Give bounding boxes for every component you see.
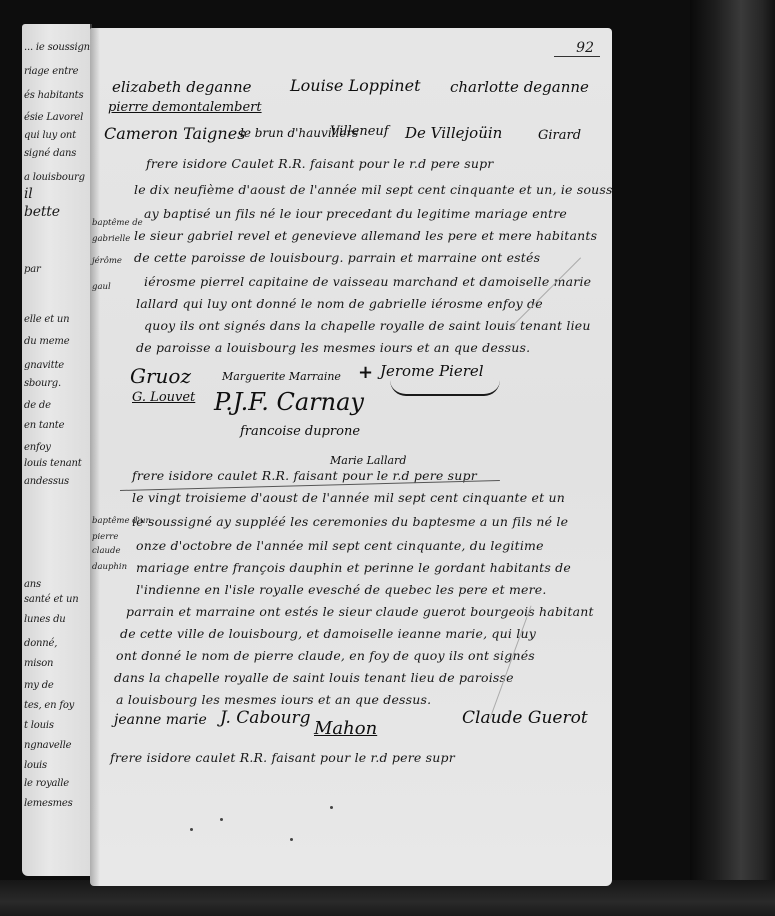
- margin-note: claude: [92, 546, 121, 556]
- ink-speck: [330, 806, 333, 809]
- left-fragment: signé dans: [24, 148, 76, 159]
- scan-edge-right: [690, 0, 775, 916]
- left-fragment: par: [24, 264, 41, 275]
- signature: jeanne marie: [114, 712, 207, 728]
- left-fragment: ... ie soussigne: [24, 42, 92, 53]
- register-page: 92 elizabeth deganne Louise Loppinet cha…: [90, 28, 612, 886]
- signature: Mahon: [314, 718, 377, 739]
- ink-speck: [190, 828, 193, 831]
- left-fragment: de de: [24, 400, 51, 411]
- left-fragment: il: [24, 186, 33, 202]
- left-fragment: sbourg.: [24, 378, 61, 389]
- margin-note: pierre: [92, 532, 118, 542]
- entry-line: ie soussigné ay suppléé les ceremonies d…: [132, 514, 568, 529]
- entry-line: le sieur gabriel revel et genevieve alle…: [134, 228, 597, 243]
- signature: De Villejoüin: [405, 124, 502, 142]
- left-fragment: ans: [24, 579, 41, 590]
- signature-flourish: [390, 380, 500, 396]
- signature: Cameron Taignes: [104, 124, 245, 143]
- entry-line: quoy ils ont signés dans la chapelle roy…: [144, 318, 591, 333]
- entry-line: l'indienne en l'isle royalle evesché de …: [136, 582, 547, 597]
- left-fragment: du meme: [24, 336, 69, 347]
- entry-line: ay baptisé un fils né le iour precedant …: [144, 206, 567, 221]
- signature: Girard: [538, 128, 581, 143]
- left-facing-page: ... ie soussigne riage entre és habitant…: [22, 24, 92, 876]
- entry-line: parrain et marraine ont estés le sieur c…: [126, 604, 594, 619]
- signature: Jerome Pierel: [380, 362, 484, 380]
- left-fragment: my de: [24, 680, 54, 691]
- signature: Gruoz: [130, 364, 191, 388]
- margin-note: gabrielle: [92, 234, 130, 244]
- left-fragment: riage entre: [24, 66, 78, 77]
- left-fragment: gnavitte: [24, 360, 64, 371]
- left-fragment: elle et un: [24, 314, 69, 325]
- left-fragment: tes, en foy: [24, 700, 74, 711]
- signature: G. Louvet: [132, 390, 195, 405]
- signature: J. Cabourg: [220, 708, 311, 728]
- left-fragment: qui luy ont: [24, 130, 76, 141]
- left-fragment: le royalle: [24, 778, 69, 789]
- left-fragment: a louisbourg: [24, 172, 85, 183]
- left-fragment: enfoy: [24, 442, 51, 453]
- entry-line: de cette ville de louisbourg, et damoise…: [120, 626, 536, 641]
- signature: elizabeth deganne: [112, 78, 251, 96]
- left-fragment: andessus: [24, 476, 69, 487]
- left-fragment: louis tenant: [24, 458, 82, 469]
- signature: Marguerite Marraine: [222, 370, 341, 383]
- entry-line: le vingt troisieme d'aoust de l'année mi…: [132, 490, 565, 505]
- left-fragment: mison: [24, 658, 53, 669]
- cross-mark: +: [358, 362, 373, 383]
- entry-line: mariage entre françois dauphin et perinn…: [136, 560, 571, 575]
- entry-line: ont donné le nom de pierre claude, en fo…: [116, 648, 535, 663]
- entry-line: a louisbourg les mesmes iours et an que …: [116, 692, 431, 707]
- signature: Villeneuf: [330, 124, 389, 139]
- page-gutter-shadow: [90, 28, 100, 886]
- signature: P.J.F. Carnay: [214, 388, 364, 416]
- signature: Marie Lallard: [330, 454, 406, 467]
- entry-officiant-header: frere isidore Caulet R.R. faisant pour l…: [146, 156, 493, 171]
- entry-line: iérosme pierrel capitaine de vaisseau ma…: [144, 274, 591, 289]
- signature: pierre demontalembert: [108, 100, 262, 115]
- signature: Claude Guerot: [462, 708, 588, 728]
- left-fragment: louis: [24, 760, 47, 771]
- left-fragment: donné,: [24, 638, 57, 649]
- left-fragment: lunes du: [24, 614, 66, 625]
- entry-line: dans la chapelle royalle de saint louis …: [114, 670, 514, 685]
- entry-line: lallard qui luy ont donné le nom de gabr…: [136, 296, 543, 311]
- ink-speck: [220, 818, 223, 821]
- signature: Louise Loppinet: [290, 76, 421, 95]
- entry-line: de cette paroisse de louisbourg. parrain…: [134, 250, 540, 265]
- margin-note: jérôme: [92, 256, 122, 266]
- entry-line: le dix neufième d'aoust de l'année mil s…: [134, 182, 612, 197]
- left-fragment: en tante: [24, 420, 64, 431]
- margin-note: dauphin: [92, 562, 127, 572]
- entry-officiant-header: frere isidore caulet R.R. faisant pour l…: [132, 468, 477, 483]
- left-fragment: és habitants: [24, 90, 83, 101]
- ink-speck: [290, 838, 293, 841]
- left-fragment: lemesmes: [24, 798, 73, 809]
- page-number: 92: [554, 40, 600, 57]
- left-fragment: t louis: [24, 720, 54, 731]
- entry-line: de paroisse a louisbourg les mesmes iour…: [136, 340, 530, 355]
- signature: francoise duprone: [240, 424, 360, 439]
- entry-officiant-header: frere isidore caulet R.R. faisant pour l…: [110, 750, 455, 765]
- left-fragment: santé et un: [24, 594, 78, 605]
- margin-note: gaul: [92, 282, 111, 292]
- left-fragment: ésie Lavorel: [24, 112, 83, 123]
- left-fragment: ngnavelle: [24, 740, 71, 751]
- left-fragment: bette: [24, 204, 60, 220]
- entry-line: onze d'octobre de l'année mil sept cent …: [136, 538, 544, 553]
- signature: charlotte deganne: [450, 78, 589, 96]
- margin-note: baptême de: [92, 218, 143, 228]
